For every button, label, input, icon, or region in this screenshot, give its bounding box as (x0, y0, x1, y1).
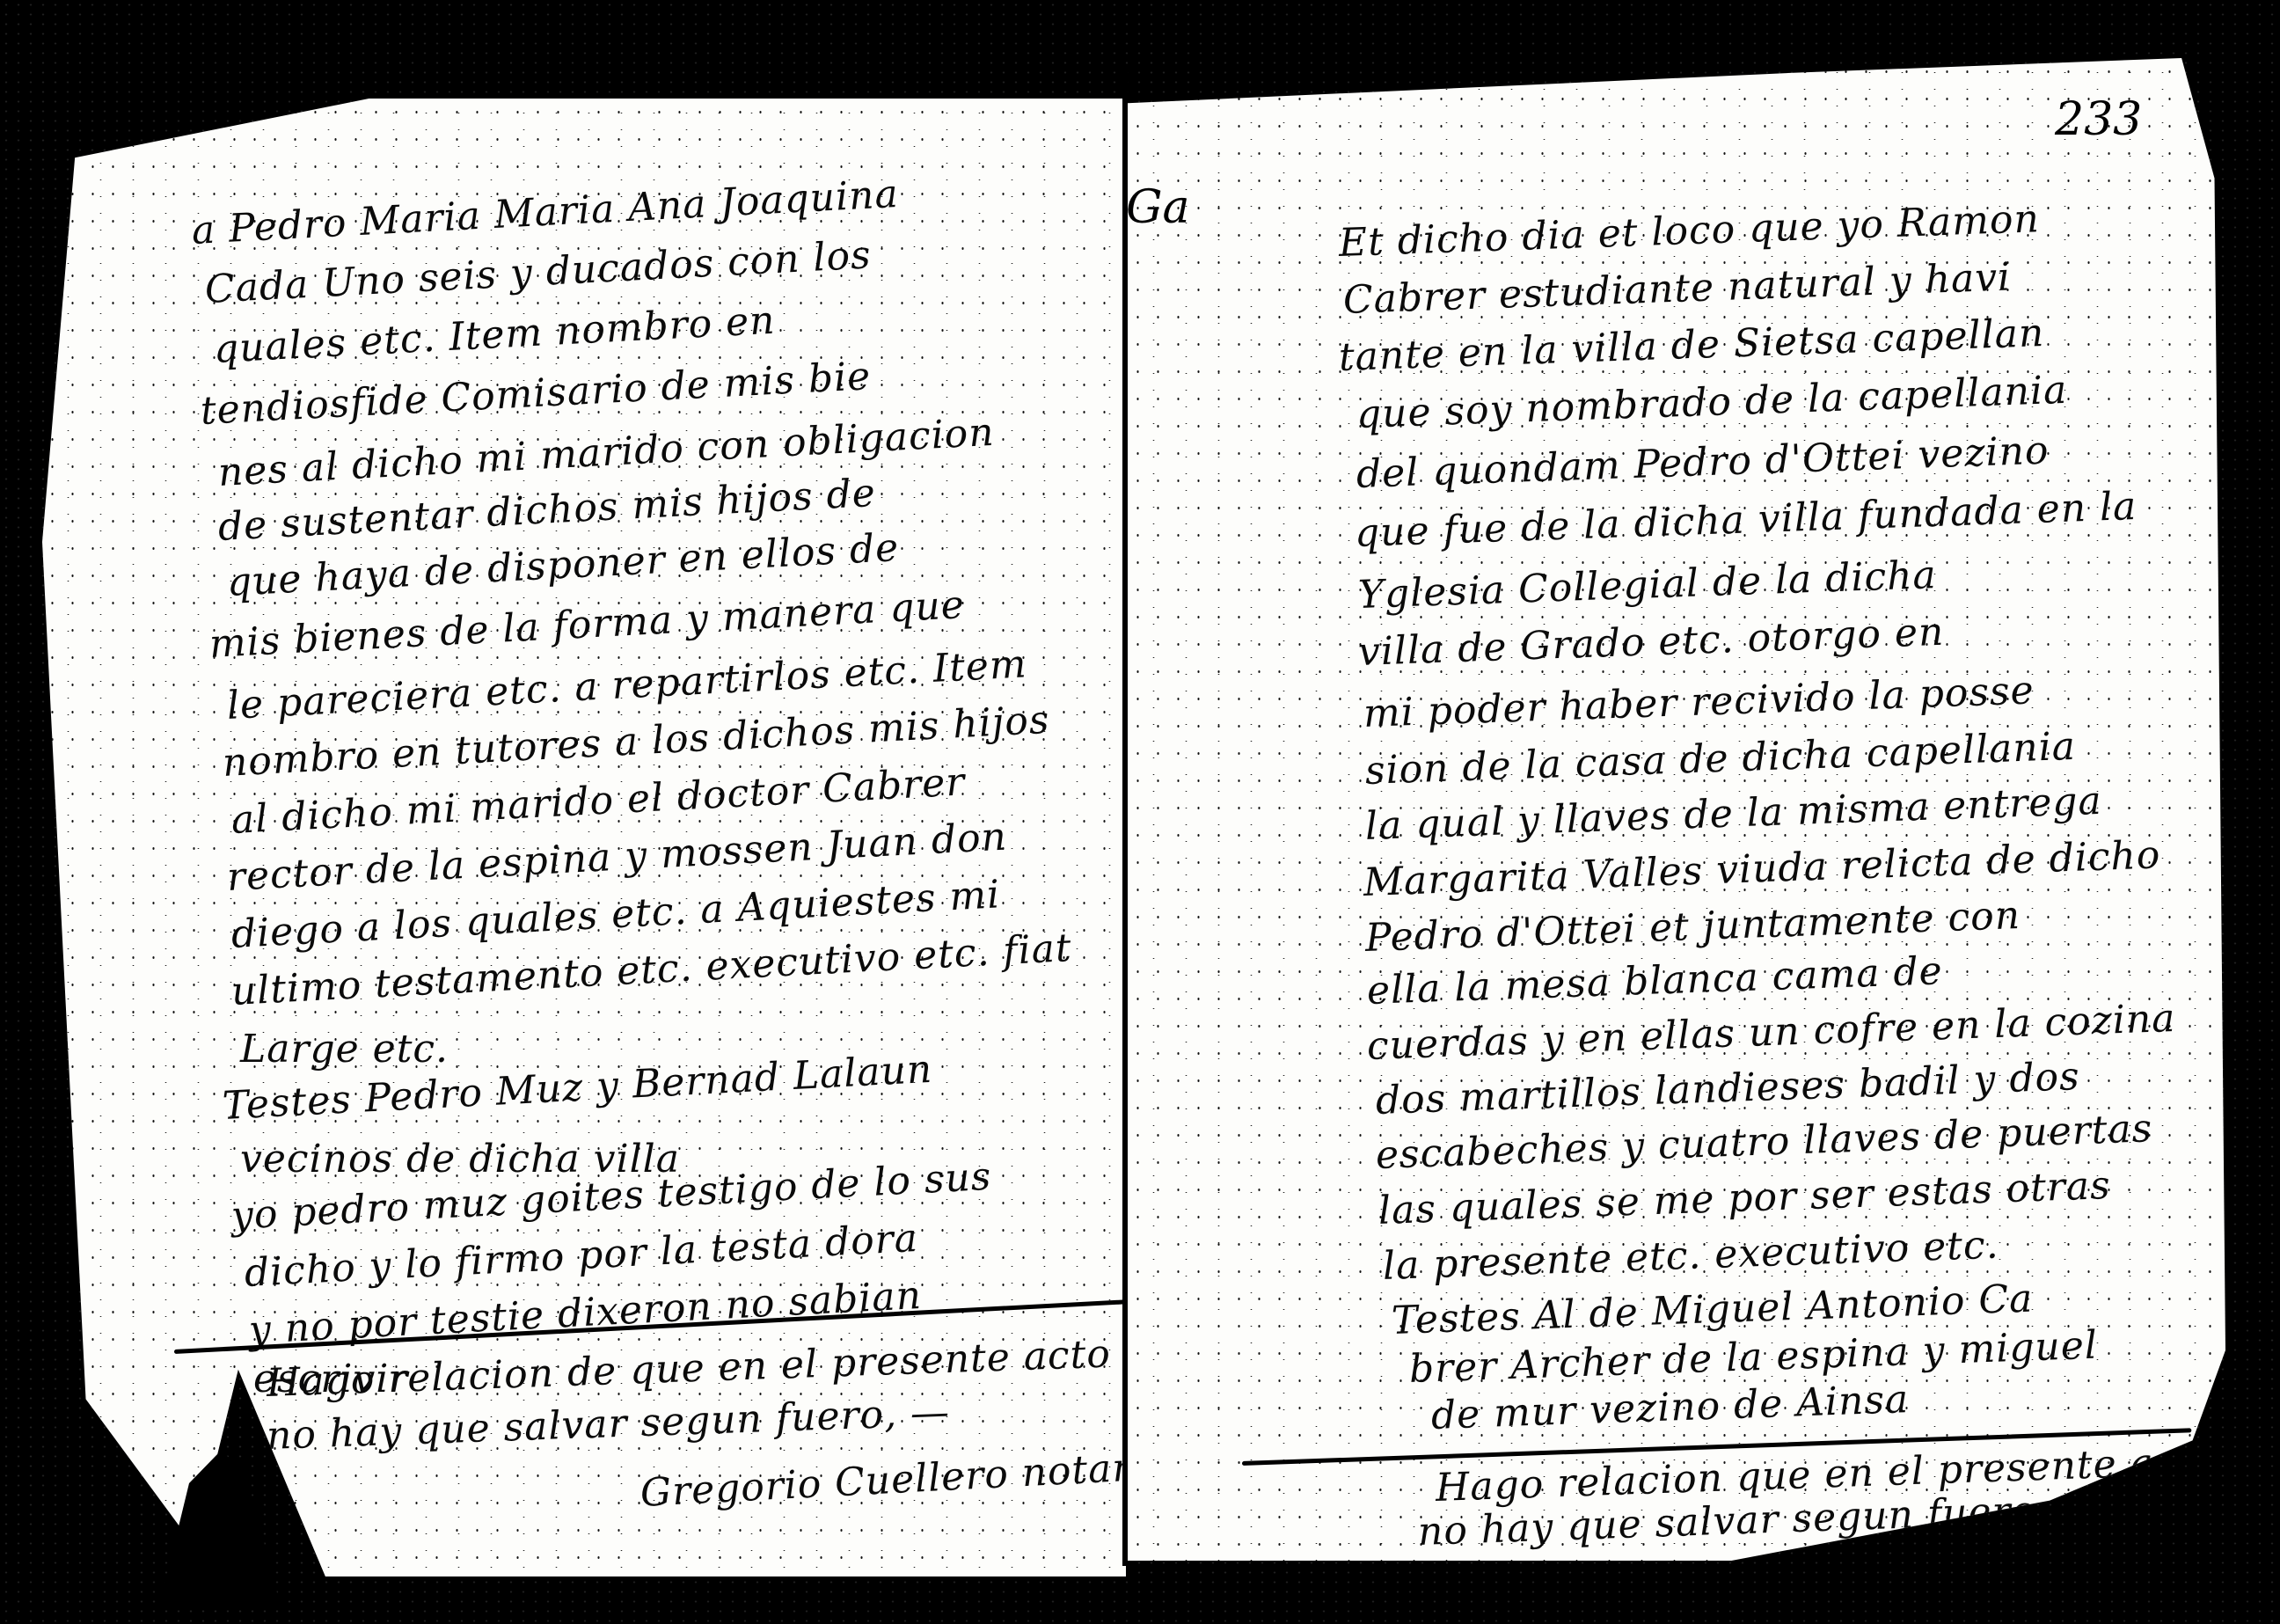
text-line: Yglesia Collegial de la dicha (1357, 552, 1937, 618)
page-gutter (1122, 70, 1128, 1566)
notary-signature: Gregorio Cuellero notario (639, 1444, 1131, 1516)
text-line: del quondam Pedro d'Ottei vezino (1356, 428, 2050, 497)
text-line: que fue de la dicha villa fundada en la (1354, 484, 2137, 556)
text-line: mi poder haber recivido la posse (1363, 668, 2035, 736)
text-line: tante en la villa de Sietsa capellan (1338, 311, 2045, 380)
text-line: Et dicho dia et loco que yo Ramon (1338, 196, 2040, 266)
text-line: que soy nombrado de la capellania (1356, 368, 2068, 437)
text-line: Large etc. (240, 1027, 449, 1072)
text-line: Cabrer estudiante natural y havi (1342, 255, 2012, 323)
right-page-text: Et dicho dia et loco que yo Ramon Cabrer… (1128, 58, 2225, 1561)
text-line: ella la mesa blanca cama de (1366, 948, 1943, 1013)
right-page: 233 Ga Et dicho dia et loco que yo Ramon… (1128, 58, 2225, 1561)
text-line: quales etc. Item nombro en (213, 298, 777, 372)
left-page-text: a Pedro Maria Maria Ana Joaquina Cada Un… (42, 99, 1126, 1576)
manuscript-spread: a Pedro Maria Maria Ana Joaquina Cada Un… (0, 0, 2280, 1624)
text-line: villa de Grado etc. otorgo en (1357, 610, 1945, 675)
notary-signature: notario (1945, 1540, 2094, 1561)
left-page: a Pedro Maria Maria Ana Joaquina Cada Un… (42, 99, 1131, 1576)
text-line: la presente etc. executivo etc. (1382, 1223, 1999, 1289)
